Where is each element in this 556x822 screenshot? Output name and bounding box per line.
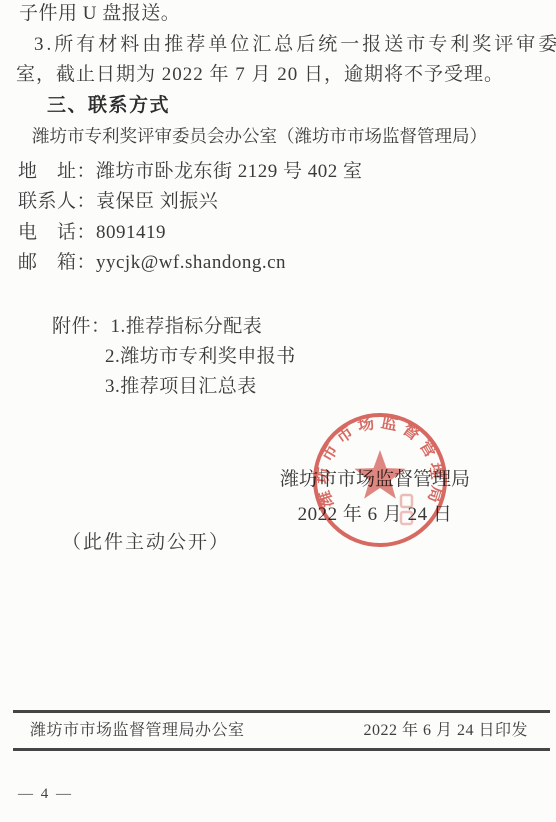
footer-rule-bottom bbox=[13, 748, 550, 751]
page-number: — 4 — bbox=[18, 786, 73, 803]
footer-row: 潍坊市市场监督管理局办公室 2022 年 6 月 24 日印发 bbox=[30, 721, 528, 741]
section-heading-contact: 三、联系方式 bbox=[47, 94, 170, 118]
contact-person-line: 联系人：袁保臣 刘振兴 bbox=[18, 190, 218, 214]
signature-agency: 潍坊市市场监督管理局 bbox=[235, 468, 515, 492]
attachment-item: 2.潍坊市专利奖申报书 bbox=[105, 346, 296, 367]
scanned-document-page: 子件用 U 盘报送。 3.所有材料由推荐单位汇总后统一报送市专利奖评审委办公 室… bbox=[0, 0, 556, 822]
contact-address-line: 地 址：潍坊市卧龙东街 2129 号 402 室 bbox=[18, 160, 363, 184]
body-line-1: 子件用 U 盘报送。 bbox=[19, 2, 180, 26]
attachments-label: 附件： bbox=[52, 316, 111, 337]
contact-phone-line: 电 话：8091419 bbox=[18, 221, 166, 245]
contact-office-line: 潍坊市专利奖评审委员会办公室（潍坊市市场监督管理局） bbox=[32, 124, 487, 148]
proactive-disclosure-note: （此件主动公开） bbox=[62, 531, 230, 555]
footer-print-date: 2022 年 6 月 24 日印发 bbox=[363, 721, 528, 741]
body-line-2: 3.所有材料由推荐单位汇总后统一报送市专利奖评审委办公 bbox=[34, 33, 556, 57]
footer-issuing-office: 潍坊市市场监督管理局办公室 bbox=[30, 721, 245, 741]
contact-email-line: 邮 箱：yycjk@wf.shandong.cn bbox=[18, 251, 286, 275]
attachment-item: 1.推荐指标分配表 bbox=[111, 316, 263, 337]
body-line-3: 室，截止日期为 2022 年 7 月 20 日，逾期将不予受理。 bbox=[16, 63, 504, 87]
attachments-line-3: 3.推荐项目汇总表 bbox=[105, 375, 257, 399]
footer-rule-top bbox=[13, 710, 550, 713]
attachments-line-1: 附件：1.推荐指标分配表 bbox=[52, 315, 262, 339]
attachments-line-2: 2.潍坊市专利奖申报书 bbox=[105, 345, 296, 369]
signature-block: 潍坊市市场监督管理局 2022 年 6 月 24 日 bbox=[235, 468, 515, 527]
signature-date: 2022 年 6 月 24 日 bbox=[235, 503, 515, 527]
attachment-item: 3.推荐项目汇总表 bbox=[105, 376, 257, 397]
